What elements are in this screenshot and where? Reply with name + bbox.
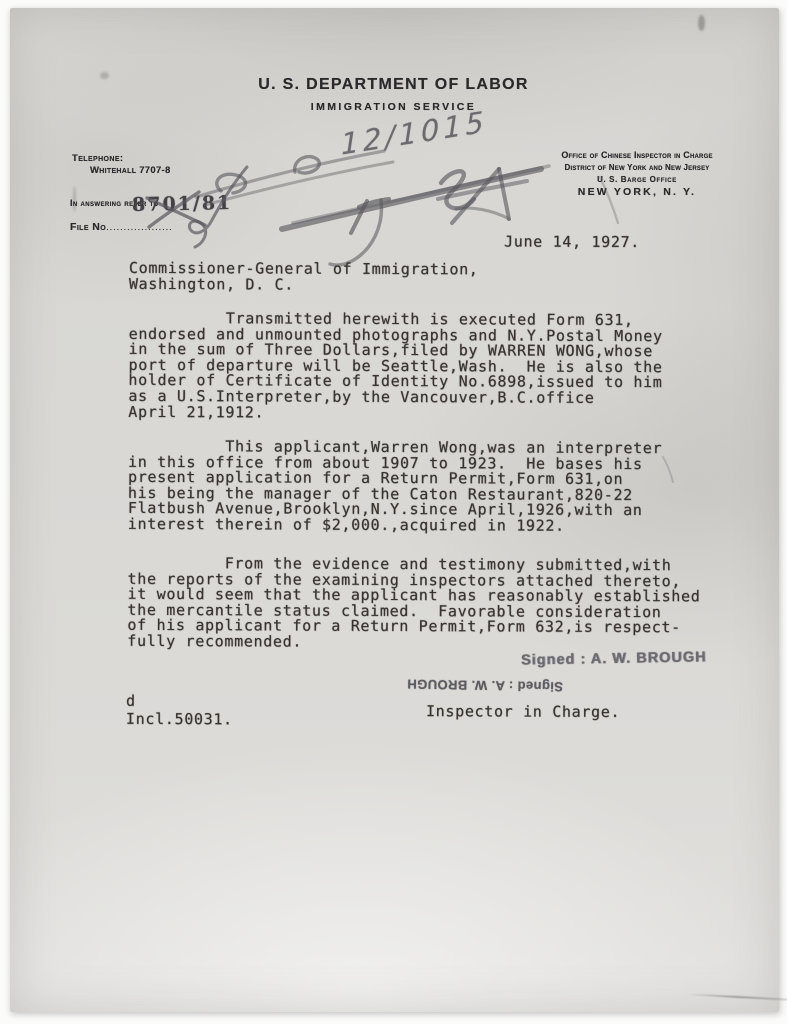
recipient-address: Commissioner-General of Immigration, Was… xyxy=(129,261,479,294)
signature-stamp-inverted: Signed : A. W. BROUGH xyxy=(407,677,563,695)
typist-initials: d xyxy=(126,692,136,710)
typist-initials-and-enclosure: dIncl.50031. xyxy=(126,692,233,728)
scanned-letter-page: U. S. DEPARTMENT OF LABOR IMMIGRATION SE… xyxy=(0,0,787,1024)
body-paragraph-2: This applicant,Warren Wong,was an interp… xyxy=(128,439,662,535)
body-paragraph-3: From the evidence and testimony submitte… xyxy=(127,556,700,652)
signature-stamp: Signed : A. W. BROUGH xyxy=(521,649,707,668)
letter-date: June 14, 1927. xyxy=(504,234,640,250)
signer-title: Inspector in Charge. xyxy=(426,704,620,720)
typed-text-layer: June 14, 1927. Commissioner-General of I… xyxy=(0,0,787,1024)
body-paragraph-1: Transmitted herewith is executed Form 63… xyxy=(128,311,663,422)
enclosure-number: Incl.50031. xyxy=(126,710,233,728)
